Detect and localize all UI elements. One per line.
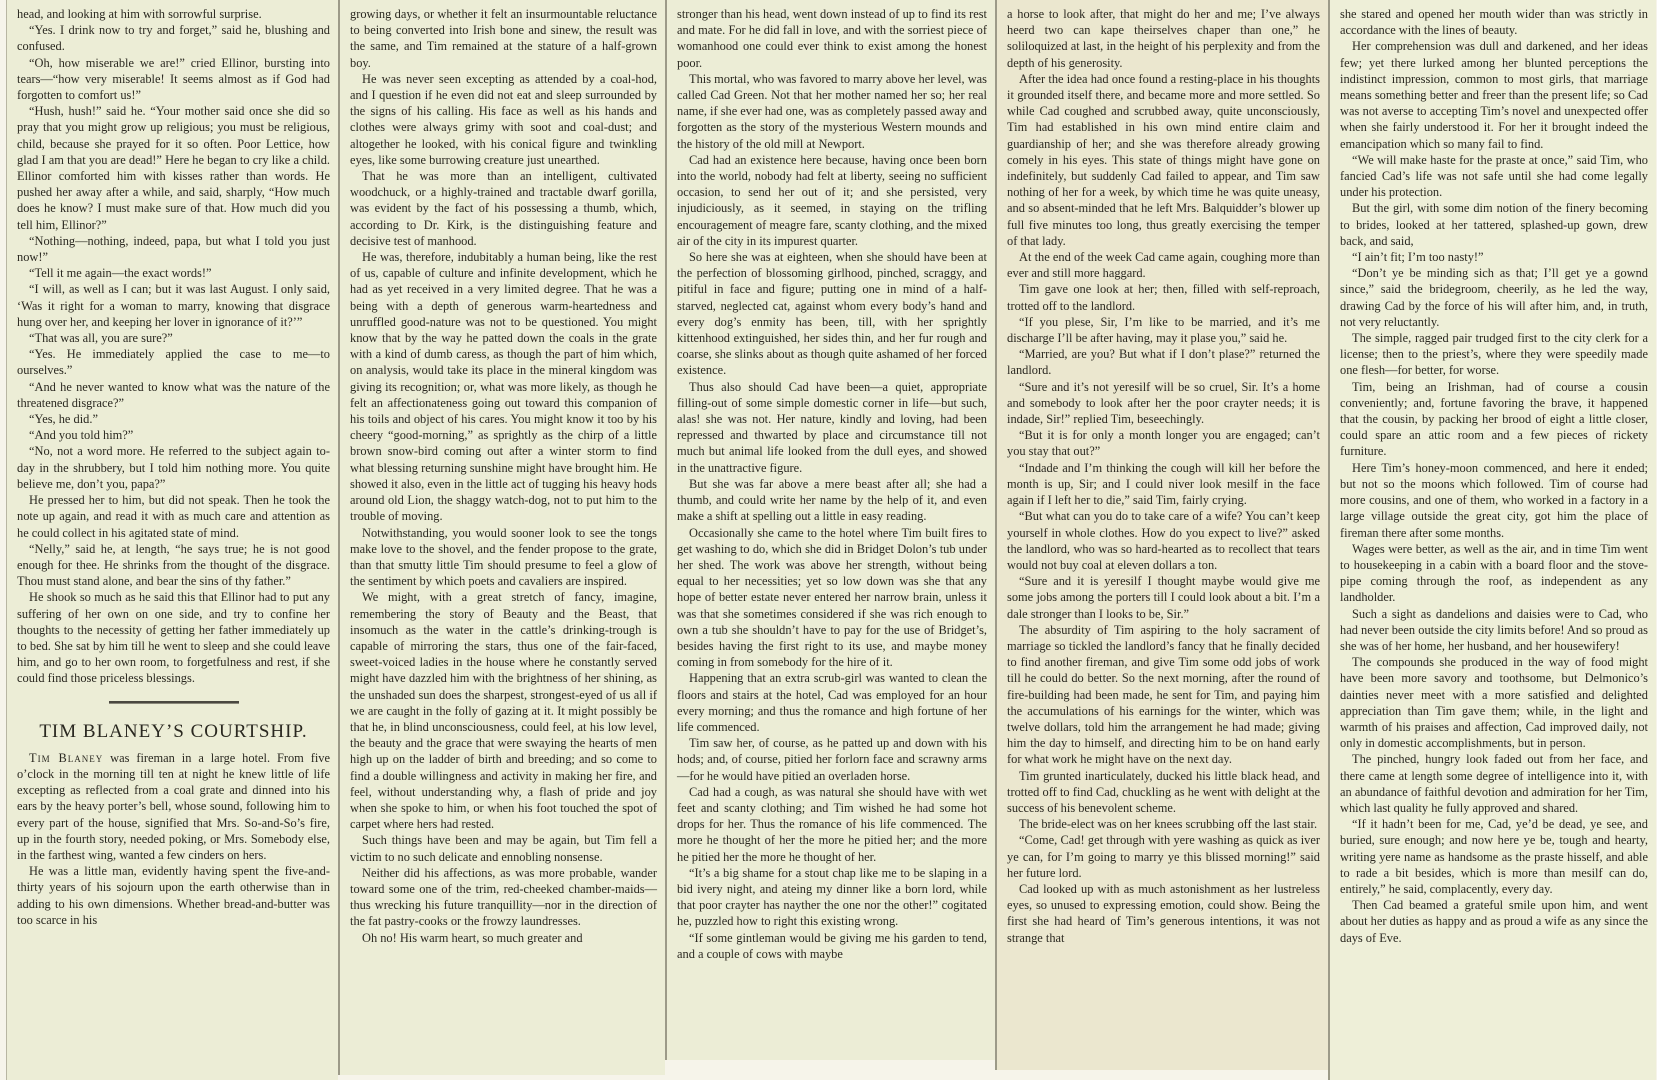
lead-small-caps: Tim Blaney [29,751,103,765]
paragraph: He pressed her to him, but did not speak… [17,492,330,541]
paragraph: “Hush, hush!” said he. “Your mother said… [17,103,330,233]
paragraph: “But what can you do to take care of a w… [1007,508,1320,573]
paragraph: So here she was at eighteen, when she sh… [677,249,987,379]
paragraph: At the end of the week Cad came again, c… [1007,249,1320,281]
paragraph: “If it hadn’t been for me, Cad, ye’d be … [1340,816,1648,897]
paragraph: After the idea had once found a resting-… [1007,71,1320,249]
paragraph: “Married, are you? But what if I don’t p… [1007,346,1320,378]
paragraph: Cad had a cough, as was natural she shou… [677,784,987,865]
paragraph: growing days, or whether it felt an insu… [350,6,657,71]
paragraph: “Indade and I’m thinking the cough will … [1007,460,1320,509]
column-4: a horse to look after, that might do her… [995,0,1328,1070]
paragraph: Tim saw her, of course, as he patted up … [677,735,987,784]
column-2: growing days, or whether it felt an insu… [338,0,665,1075]
story-lead-paragraph: Tim Blaney was fireman in a large hotel.… [17,750,330,863]
paragraph: The absurdity of Tim aspiring to the hol… [1007,622,1320,768]
paragraph: “And you told him?” [17,427,330,443]
paragraph: “Sure and it is yeresilf I thought maybe… [1007,573,1320,622]
paragraph: He shook so much as he said this that El… [17,589,330,686]
paragraph: “If you plese, Sir, I’m like to be marri… [1007,314,1320,346]
paragraph: “Nelly,” said he, at length, “he says tr… [17,541,330,590]
paragraph: He was never seen excepting as attended … [350,71,657,168]
paragraph: Then Cad beamed a grateful smile upon hi… [1340,897,1648,946]
story-headline: TIM BLANEY’S COURTSHIP. [17,724,330,740]
newspaper-page: head, and looking at him with sorrowful … [0,0,1657,1080]
column-1: head, and looking at him with sorrowful … [6,0,338,1080]
paragraph: The bride-elect was on her knees scrubbi… [1007,816,1320,832]
paragraph: “Don’t ye be minding sich as that; I’ll … [1340,265,1648,330]
paragraph: The compounds she produced in the way of… [1340,654,1648,751]
paragraph: Wages were better, as well as the air, a… [1340,541,1648,606]
paragraph: Cad looked up with as much astonishment … [1007,881,1320,946]
paragraph: Notwithstanding, you would sooner look t… [350,525,657,590]
paragraph: Oh no! His warm heart, so much greater a… [350,930,657,946]
paragraph: But the girl, with some dim notion of th… [1340,200,1648,249]
section-divider [109,701,239,704]
paragraph: “We will make haste for the praste at on… [1340,152,1648,201]
paragraph: “Yes. He immediately applied the case to… [17,346,330,378]
paragraph: He was a little man, evidently having sp… [17,863,330,928]
paragraph: stronger than his head, went down instea… [677,6,987,71]
paragraph: a horse to look after, that might do her… [1007,6,1320,71]
paragraph: “And he never wanted to know what was th… [17,379,330,411]
column-3: stronger than his head, went down instea… [665,0,995,1060]
paragraph: Occasionally she came to the hotel where… [677,525,987,671]
paragraph: The pinched, hungry look faded out from … [1340,751,1648,816]
paragraph: “I ain’t fit; I’m too nasty!” [1340,249,1648,265]
paragraph: “Come, Cad! get through with yere washin… [1007,832,1320,881]
paragraph: Cad had an existence here because, havin… [677,152,987,249]
paragraph: Tim grunted inarticulately, ducked his l… [1007,768,1320,817]
paragraph: “Sure and it’s not yeresilf will be so c… [1007,379,1320,428]
paragraph: “Yes. I drink now to try and forget,” sa… [17,22,330,54]
paragraph: Her comprehension was dull and darkened,… [1340,38,1648,151]
paragraph: “Oh, how miserable we are!” cried Ellino… [17,55,330,104]
paragraph: Tim, being an Irishman, had of course a … [1340,379,1648,460]
paragraph: This mortal, who was favored to marry ab… [677,71,987,152]
lead-text: was fireman in a large hotel. From five … [17,751,330,862]
paragraph: “That was all, you are sure?” [17,330,330,346]
paragraph: “Tell it me again—the exact words!” [17,265,330,281]
paragraph: she stared and opened her mouth wider th… [1340,6,1648,38]
paragraph: “But it is for only a month longer you a… [1007,427,1320,459]
paragraph: But she was far above a mere beast after… [677,476,987,525]
paragraph: He was, therefore, indubitably a human b… [350,249,657,524]
paragraph: Here Tim’s honey-moon commenced, and her… [1340,460,1648,541]
paragraph: The simple, ragged pair trudged first to… [1340,330,1648,379]
paragraph: That he was more than an intelligent, cu… [350,168,657,249]
paragraph: “If some gintleman would be giving me hi… [677,930,987,962]
column-5: she stared and opened her mouth wider th… [1328,0,1656,1080]
paragraph: “Yes, he did.” [17,411,330,427]
paragraph: “It’s a big shame for a stout chap like … [677,865,987,930]
paragraph: “Nothing—nothing, indeed, papa, but what… [17,233,330,265]
paragraph: Neither did his affections, as was more … [350,865,657,930]
paragraph: Tim gave one look at her; then, filled w… [1007,281,1320,313]
paragraph: Happening that an extra scrub-girl was w… [677,670,987,735]
paragraph: Thus also should Cad have been—a quiet, … [677,379,987,476]
paragraph: “No, not a word more. He referred to the… [17,443,330,492]
paragraph: “I will, as well as I can; but it was la… [17,281,330,330]
paragraph: head, and looking at him with sorrowful … [17,6,330,22]
paragraph: Such a sight as dandelions and daisies w… [1340,606,1648,655]
paragraph: We might, with a great stretch of fancy,… [350,589,657,832]
paragraph: Such things have been and may be again, … [350,832,657,864]
